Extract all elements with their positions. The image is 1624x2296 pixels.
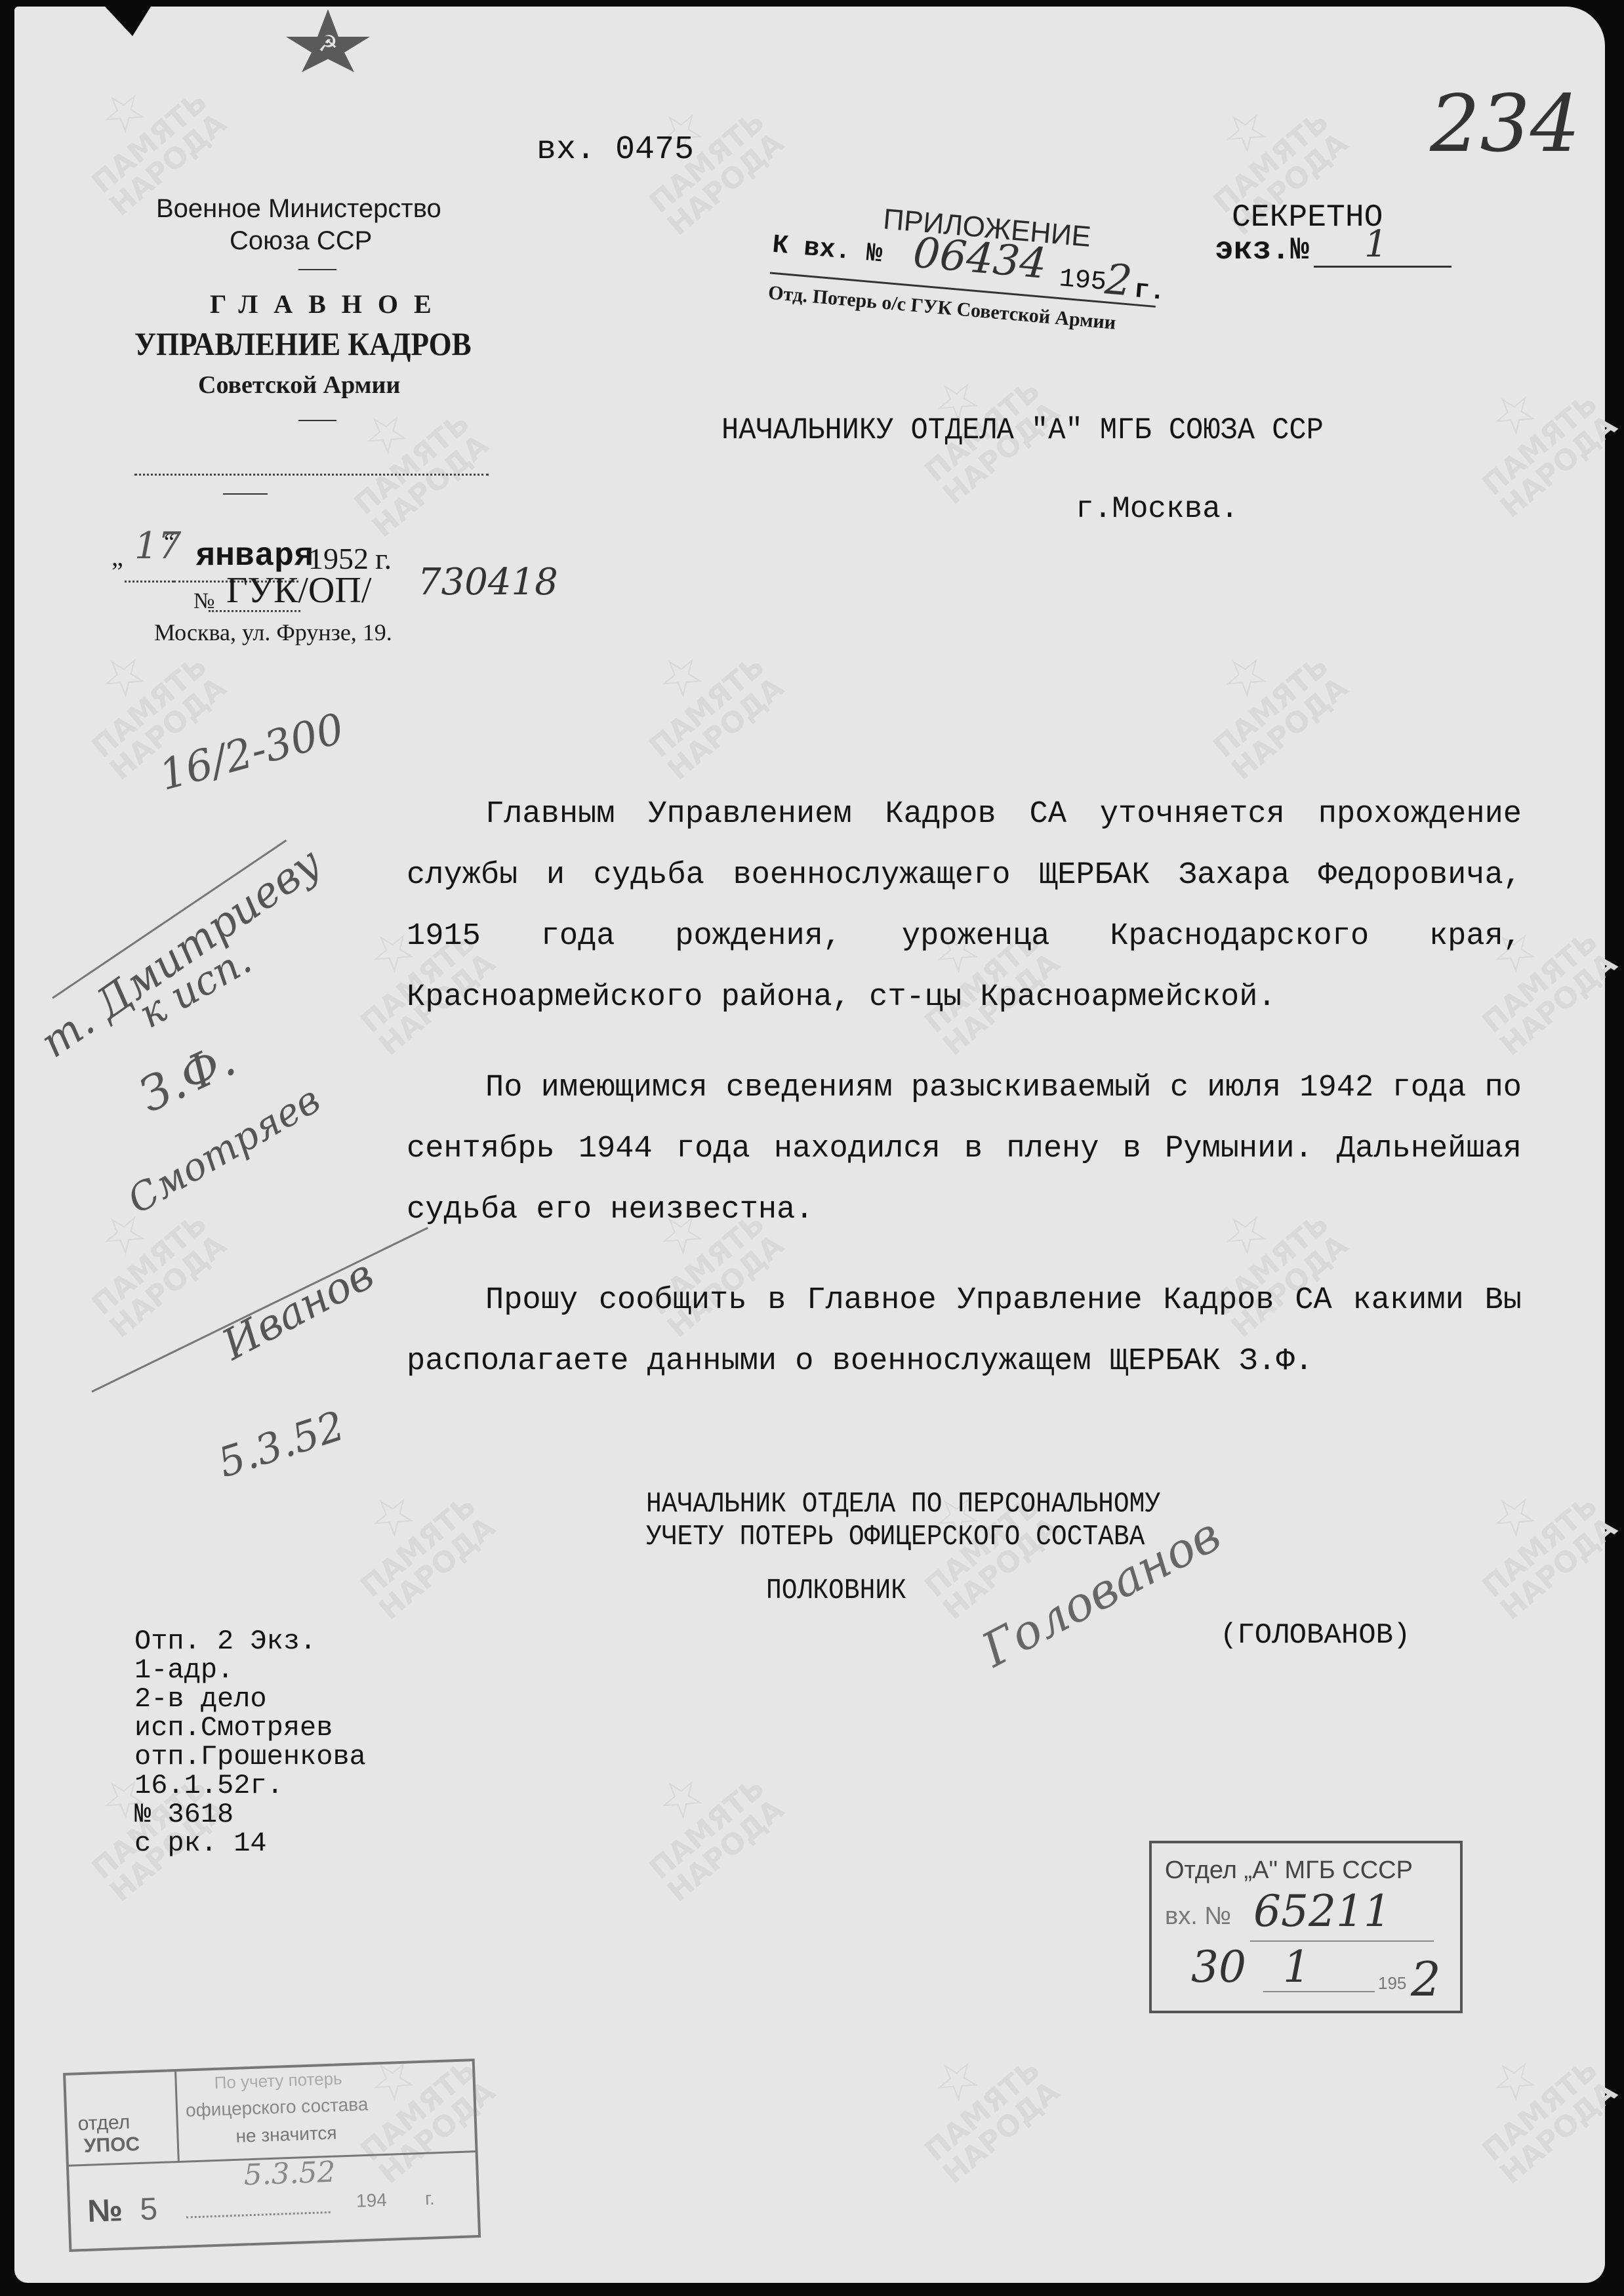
mgb-stamp-line1: Отдел „А" МГБ СССР xyxy=(1165,1856,1413,1885)
signature-name: (ГОЛОВАНОВ) xyxy=(1220,1619,1410,1652)
distribution-item: Отп. 2 Экз. xyxy=(134,1627,366,1656)
signature-title-line2: УЧЕТУ ПОТЕРЬ ОФИЦЕРСКОГО СОСТАВА xyxy=(646,1521,1145,1553)
addressee-line1: НАЧАЛЬНИКУ ОТДЕЛА "А" МГБ СОЮЗА ССР xyxy=(721,413,1324,447)
divider xyxy=(298,420,336,421)
attachment-stamp-year-prefix: 195 xyxy=(1058,264,1108,298)
divider xyxy=(298,269,336,270)
classification-copy-label: экз.№ xyxy=(1215,233,1309,268)
upos-stamp-number-label: № xyxy=(87,2192,123,2230)
mgb-stamp-year-prefix: 195 xyxy=(1378,1973,1406,1994)
doc-number-prefix: ГУК/ОП/ xyxy=(226,569,371,611)
date-year-suffix: г. xyxy=(375,541,392,576)
distribution-item: 16.1.52г. xyxy=(134,1771,366,1800)
mgb-stamp-day: 30 xyxy=(1191,1942,1246,1992)
upos-stamp-right-line3: не значится xyxy=(235,2122,337,2146)
doc-number-handwritten: 730418 xyxy=(418,561,558,604)
svg-text:☭: ☭ xyxy=(318,31,338,57)
letterhead-ministry-line1: Военное Министерство xyxy=(156,194,441,224)
letterhead-directorate-line1: ГЛАВНОЕ xyxy=(210,289,447,319)
attachment-stamp-year-handwritten: 2 xyxy=(1103,255,1134,306)
distribution-item: 1-адр. xyxy=(134,1656,366,1685)
upos-stamp-left-line1: отдел xyxy=(77,2111,131,2135)
distribution-item: исп.Смотряев xyxy=(134,1713,366,1742)
mgb-stamp-ref-label: вх. № xyxy=(1165,1902,1231,1931)
mgb-stamp: Отдел „А" МГБ СССР вх. № 65211 30 1 195 … xyxy=(1149,1841,1463,2013)
dotted-divider xyxy=(134,474,489,476)
distribution-item: отп.Грошенкова xyxy=(134,1742,366,1771)
date-close-quote: “ xyxy=(164,528,174,556)
distribution-item: 2-в дело xyxy=(134,1685,366,1713)
distribution-item: № 3618 xyxy=(134,1800,366,1829)
date-day-field xyxy=(125,581,174,583)
upos-stamp-year-suffix: г. xyxy=(424,2188,435,2209)
mgb-stamp-year-handwritten: 2 xyxy=(1411,1952,1441,2007)
soviet-star-icon: ☭ xyxy=(283,8,373,73)
attachment-stamp-ref-label: К вх. № xyxy=(771,231,883,270)
incoming-reference: вх. 0475 xyxy=(537,131,694,169)
signature-title-line1: НАЧАЛЬНИК ОТДЕЛА ПО ПЕРСОНАЛЬНОМУ xyxy=(646,1488,1160,1521)
upos-stamp: отдел УПОС По учету потерь офицерского с… xyxy=(63,2059,479,2250)
distribution-list: Отп. 2 Экз. 1-адр. 2-в дело исп.Смотряев… xyxy=(134,1627,366,1858)
mgb-stamp-month: 1 xyxy=(1283,1942,1310,1992)
upos-stamp-date-handwritten: 5.3.52 xyxy=(243,2156,336,2192)
letterhead-directorate-line3: Советской Армии xyxy=(198,371,400,400)
page-number: 234 xyxy=(1430,79,1580,170)
upos-stamp-left-line2: УПОС xyxy=(83,2133,140,2158)
distribution-item: с рк. 14 xyxy=(134,1829,366,1858)
letter-body: Главным Управлением Кадров СА уточняется… xyxy=(407,784,1522,1422)
copy-number-underline xyxy=(1314,266,1451,268)
divider xyxy=(223,493,268,495)
letterhead-directorate-line2: УПРАВЛЕНИЕ КАДРОВ xyxy=(134,325,472,363)
upos-stamp-number: 5 xyxy=(139,2191,158,2228)
body-paragraph: Главным Управлением Кадров СА уточняется… xyxy=(407,784,1522,1028)
classification-label: СЕКРЕТНО xyxy=(1232,200,1383,236)
classification-copy-number: 1 xyxy=(1364,223,1388,266)
letterhead-ministry-line2: Союза ССР xyxy=(230,226,372,256)
letterhead-address: Москва, ул. Фрунзе, 19. xyxy=(154,619,392,646)
divider xyxy=(1250,1940,1434,1942)
addressee-line2: г.Москва. xyxy=(1076,492,1238,526)
mgb-stamp-ref-number: 65211 xyxy=(1253,1886,1391,1937)
date-open-quote: „ xyxy=(112,541,123,572)
attachment-stamp-year-suffix: г. xyxy=(1133,276,1167,308)
body-paragraph: По имеющимся сведениям разыскиваемый с и… xyxy=(407,1057,1522,1240)
divider xyxy=(1263,1991,1375,1992)
upos-stamp-year-prefix: 194 xyxy=(356,2190,388,2212)
signature-rank: ПОЛКОВНИК xyxy=(766,1574,906,1607)
body-paragraph: Прошу сообщить в Главное Управление Кадр… xyxy=(407,1270,1522,1392)
